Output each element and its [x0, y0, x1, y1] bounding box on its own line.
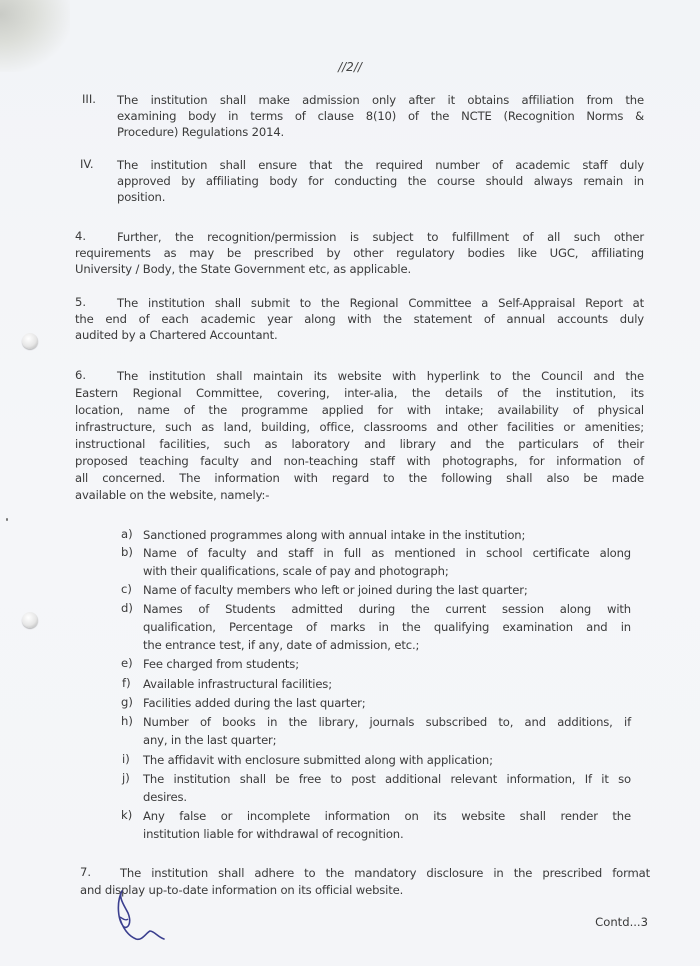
list-item-text: Names of Students admitted during the cu…: [143, 601, 631, 617]
clause-line: The institution shall make admission onl…: [117, 92, 644, 108]
paragraph-line: available on the website, namely:-: [75, 487, 269, 503]
list-item-label: c): [121, 582, 132, 596]
list-item-label: a): [121, 527, 133, 541]
paragraph-line: all concerned. The information with rega…: [75, 470, 644, 486]
list-item-label: b): [121, 545, 133, 559]
list-item-label: e): [121, 656, 133, 670]
list-item-text: desires.: [143, 789, 187, 805]
list-item-label: j): [122, 771, 130, 785]
clause-line: Procedure) Regulations 2014.: [117, 124, 284, 140]
paragraph-number: 7.: [80, 865, 91, 879]
list-item-text: any, in the last quarter;: [143, 732, 276, 748]
list-item-text: with their qualifications, scale of pay …: [143, 563, 449, 579]
punch-hole-top: [22, 333, 38, 349]
list-item-text: Sanctioned programmes along with annual …: [143, 527, 525, 543]
list-item-text: qualification, Percentage of marks in th…: [143, 619, 631, 635]
clause-line: The institution shall ensure that the re…: [117, 157, 644, 173]
paragraph-line: the end of each academic year along with…: [75, 311, 644, 327]
list-item-text: The institution shall be free to post ad…: [143, 771, 631, 787]
clause-line: position.: [117, 189, 165, 205]
clause-label: III.: [82, 92, 96, 106]
list-item-label: h): [121, 714, 133, 728]
list-item-text: Facilities added during the last quarter…: [143, 695, 366, 711]
paragraph-number: 4.: [75, 229, 86, 243]
paragraph-line: location, name of the programme applied …: [75, 402, 644, 418]
list-item-text: Number of books in the library, journals…: [143, 714, 631, 730]
list-item-text: Name of faculty members who left or join…: [143, 582, 528, 598]
list-item-label: f): [122, 676, 131, 690]
paragraph-line: University / Body, the State Government …: [75, 261, 411, 277]
paragraph-line: The institution shall submit to the Regi…: [117, 295, 644, 311]
paragraph-number: 6.: [75, 368, 86, 382]
paragraph-line: requirements as may be prescribed by oth…: [75, 245, 644, 261]
list-item-text: the entrance test, if any, date of admis…: [143, 637, 419, 653]
paragraph-line: Further, the recognition/permission is s…: [117, 229, 644, 245]
list-item-label: d): [121, 601, 133, 615]
punch-hole-bottom: [22, 612, 38, 628]
scan-speck: [6, 518, 8, 521]
paragraph-line: proposed teaching faculty and non-teachi…: [75, 453, 644, 469]
list-item-text: Fee charged from students;: [143, 656, 299, 672]
paragraph-line: The institution shall maintain its websi…: [117, 368, 644, 384]
list-item-label: k): [121, 808, 132, 822]
signature-mark: [114, 883, 174, 953]
list-item-text: Name of faculty and staff in full as men…: [143, 545, 631, 561]
paragraph-line: infrastructure, such as land, building, …: [75, 419, 644, 435]
clause-line: approved by affiliating body for conduct…: [117, 173, 644, 189]
list-item-text: The affidavit with enclosure submitted a…: [143, 752, 493, 768]
paragraph-line: instructional facilities, such as labora…: [75, 436, 644, 452]
list-item-text: Available infrastructural facilities;: [143, 676, 332, 692]
list-item-label: i): [122, 752, 130, 766]
page-marker: //2//: [0, 60, 700, 74]
list-item-text: institution liable for withdrawal of rec…: [143, 826, 404, 842]
clause-line: examining body in terms of clause 8(10) …: [117, 108, 644, 124]
paragraph-line: audited by a Chartered Accountant.: [75, 327, 278, 343]
scanned-page: //2// III. The institution shall make ad…: [0, 0, 700, 966]
list-item-label: g): [121, 695, 133, 709]
paragraph-line: The institution shall adhere to the mand…: [120, 865, 650, 881]
clause-label: IV.: [80, 157, 94, 171]
continuation-marker: Contd...3: [595, 915, 648, 929]
paragraph-number: 5.: [75, 295, 86, 309]
paragraph-line: Eastern Regional Committee, covering, in…: [75, 385, 644, 401]
list-item-text: Any false or incomplete information on i…: [143, 808, 631, 824]
